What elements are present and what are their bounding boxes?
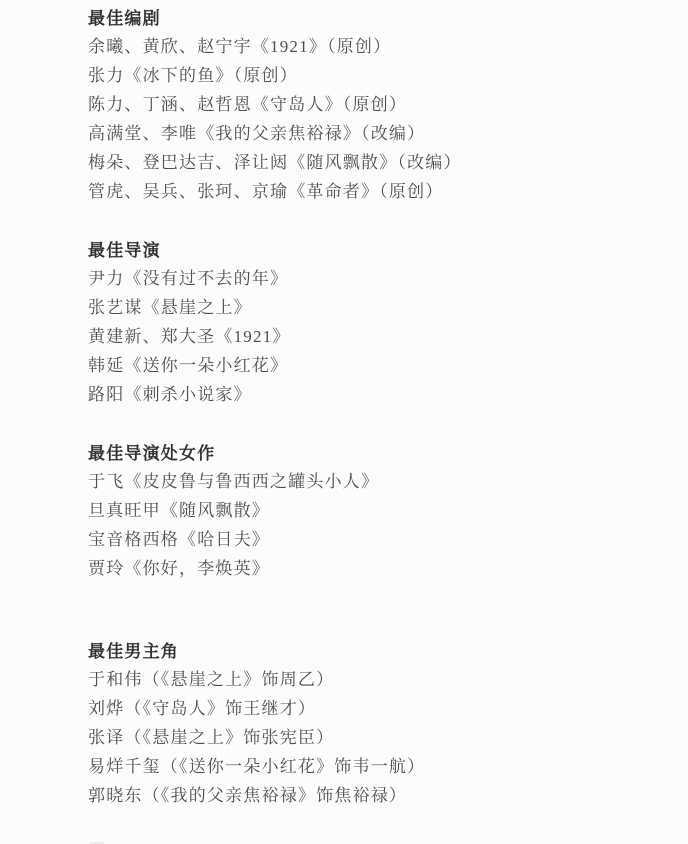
nominee-line: 易烊千玺（《送你一朵小红花》饰韦一航） [88, 752, 652, 781]
nominee-line: 韩延《送你一朵小红花》 [88, 351, 652, 380]
section-best-directorial-debut: 最佳导演处女作 于飞《皮皮鲁与鲁西西之罐头小人》 旦真旺甲《随风飘散》 宝音格西… [88, 441, 652, 583]
nominee-line: 郭晓东（《我的父亲焦裕禄》饰焦裕禄） [88, 781, 652, 810]
section-heading: 最佳编剧 [88, 6, 652, 32]
section-best-actor: 最佳男主角 于和伟（《悬崖之上》饰周乙） 刘烨（《守岛人》饰王继才） 张译（《悬… [88, 639, 652, 810]
nominee-line: 张力《冰下的鱼》（原创） [88, 61, 652, 90]
nominee-line: 高满堂、李唯《我的父亲焦裕禄》（改编） [88, 119, 652, 148]
nominee-line: 刘烨（《守岛人》饰王继才） [88, 694, 652, 723]
section-heading: 最佳男主角 [88, 639, 652, 665]
nominee-line: 路阳《刺杀小说家》 [88, 380, 652, 409]
nominee-line: 贾玲《你好，李焕英》 [88, 554, 652, 583]
nominee-line: 梅朵、登巴达吉、泽让闼《随风飘散》（改编） [88, 148, 652, 177]
nominee-line: 陈力、丁涵、赵哲恩《守岛人》（原创） [88, 90, 652, 119]
section-best-screenplay: 最佳编剧 余曦、黄欣、赵宁宇《1921》（原创） 张力《冰下的鱼》（原创） 陈力… [88, 6, 652, 206]
nominee-line: 旦真旺甲《随风飘散》 [88, 496, 652, 525]
section-best-director: 最佳导演 尹力《没有过不去的年》 张艺谋《悬崖之上》 黄建新、郑大圣《1921》… [88, 238, 652, 409]
nominee-line: 宝音格西格《哈日夫》 [88, 525, 652, 554]
nominee-line: 黄建新、郑大圣《1921》 [88, 322, 652, 351]
award-nominations-document: 最佳编剧 余曦、黄欣、赵宁宇《1921》（原创） 张力《冰下的鱼》（原创） 陈力… [0, 0, 688, 844]
nominee-line: 于和伟（《悬崖之上》饰周乙） [88, 665, 652, 694]
nominee-line: 张译（《悬崖之上》饰张宪臣） [88, 723, 652, 752]
section-heading: 最佳导演 [88, 238, 652, 264]
nominee-line: 尹力《没有过不去的年》 [88, 264, 652, 293]
section-heading: 最佳导演处女作 [88, 441, 652, 467]
nominee-line: 管虎、吴兵、张珂、京瑜《革命者》（原创） [88, 177, 652, 206]
nominee-line: 张艺谋《悬崖之上》 [88, 293, 652, 322]
nominee-line: 于飞《皮皮鲁与鲁西西之罐头小人》 [88, 467, 652, 496]
nominee-line: 余曦、黄欣、赵宁宇《1921》（原创） [88, 32, 652, 61]
